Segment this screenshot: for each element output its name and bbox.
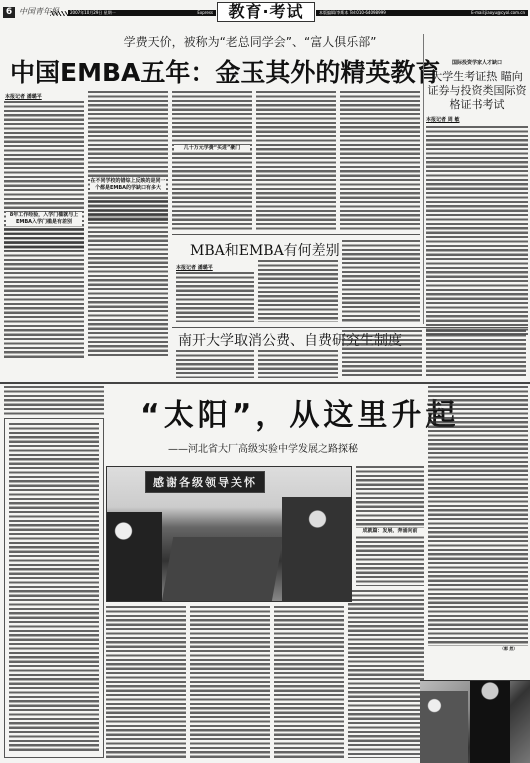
photo-2-person (470, 681, 510, 763)
sub-article-1-col-1 (176, 272, 254, 322)
contact-email: E-mail:jiaoyu@cyol.com.cn (471, 10, 525, 16)
page-number: 6 (3, 7, 15, 18)
feature-col-2 (190, 606, 270, 758)
feature-col-3 (274, 606, 344, 758)
sidebar-top: 国际投资学家人才缺口 大学生考证热 瞄向证券与投资类国际资格证书考试 本报记者 … (426, 60, 528, 336)
sidebar-tagline: 国际投资学家人才缺口 (426, 60, 528, 67)
sidebar-body (426, 126, 528, 336)
section-title: 教育·考试 (218, 3, 314, 21)
sub-article-1-headline: MBA和EMBA有何差别 (190, 240, 350, 260)
sidebar-byline: 本报记者 周 敏 (426, 116, 528, 123)
sidebar-divider (423, 34, 424, 324)
masthead-bar-left: 2007年10月29日 星期一 Express (68, 10, 216, 16)
lead-subhead-1: 8年工作经验，入学门槛就与上EMBA入学门槛是有差别 (6, 212, 82, 226)
photo-banner: 感谢各级领导关怀 (145, 471, 265, 493)
feature-col-1 (106, 606, 186, 758)
feature-left-top-text (4, 386, 104, 416)
photo-2-crowd (420, 691, 468, 763)
masthead-bar-right: 本版编辑/李斯本 Tel:010-64098999 E-mail:jiaoyu@… (316, 10, 528, 16)
feature-left-box-text (9, 423, 99, 753)
sub-article-1-divider (172, 234, 420, 235)
feature-col-4 (348, 590, 424, 758)
photo-banner-text: 感谢各级领导关怀 (146, 472, 264, 494)
sub-article-2-col-4 (426, 330, 526, 378)
edition-tag: Express (197, 10, 213, 16)
sub-article-2-col-2 (258, 350, 338, 378)
feature-photo: 感谢各级领导关怀 (106, 466, 352, 602)
sub-article-1-col-2 (258, 260, 338, 322)
sidebar-headline: 大学生考证热 瞄向证券与投资类国际资格证书考试 (426, 70, 528, 112)
closing-signature: （郭 然） (500, 646, 517, 652)
photo-people-right (282, 497, 352, 602)
feature-right-col (428, 386, 528, 646)
sub-article-1-byline: 本报记者 潘璐平 (176, 264, 213, 271)
lead-headline: 中国EMBA五年：金玉其外的精英教育 (10, 53, 430, 89)
sub-article-1-col-3 (342, 240, 420, 322)
lead-kicker: 学费天价，被称为“老总同学会”、“富人俱乐部” (80, 33, 420, 50)
masthead: 6 中国青年报 2007年10月29日 星期一 Express 教育·考试 本版… (0, 0, 530, 30)
lead-body-col-1b (4, 228, 84, 358)
feature-section-subhead: 成就篇：发展、奔涌向前 (356, 528, 424, 535)
feature-divider (0, 382, 530, 384)
feature-subheadline: ——河北省大厂高级实验中学发展之路探秘 (168, 440, 428, 455)
lead-subhead-3: 几十万元学费“买进”豪门 (174, 145, 250, 152)
lead-subhead-2: 在不同学校的错综上反映的是同一个都是EMBA的学缺口有多大 (90, 178, 166, 192)
sub-article-2-col-1 (176, 350, 254, 378)
lead-body-col-3 (172, 91, 252, 231)
lead-body-col-4 (256, 91, 336, 231)
photo-table (161, 537, 283, 602)
editor-info: 本版编辑/李斯本 Tel:010-64098999 (319, 10, 386, 16)
lead-byline: 本报记者 潘璐平 (5, 93, 42, 100)
feature-col-right-top (356, 466, 424, 586)
lead-body-col-5 (340, 91, 420, 231)
sub-article-2-col-3 (342, 330, 422, 378)
photo-people-left (107, 512, 162, 602)
issue-date: 2007年10月29日 星期一 (70, 10, 116, 16)
sub-article-2-divider (172, 327, 528, 328)
section-title-box: 教育·考试 (217, 2, 315, 22)
feature-photo-2 (420, 680, 530, 763)
sub-article-2-headline: 南开大学取消公费、自费研究生制度 (178, 330, 358, 350)
lead-body-col-2b (88, 200, 168, 358)
masthead-stripes (50, 11, 68, 16)
feature-left-box (4, 418, 104, 758)
feature-headline: “太阳”，从这里升起 (140, 390, 440, 434)
